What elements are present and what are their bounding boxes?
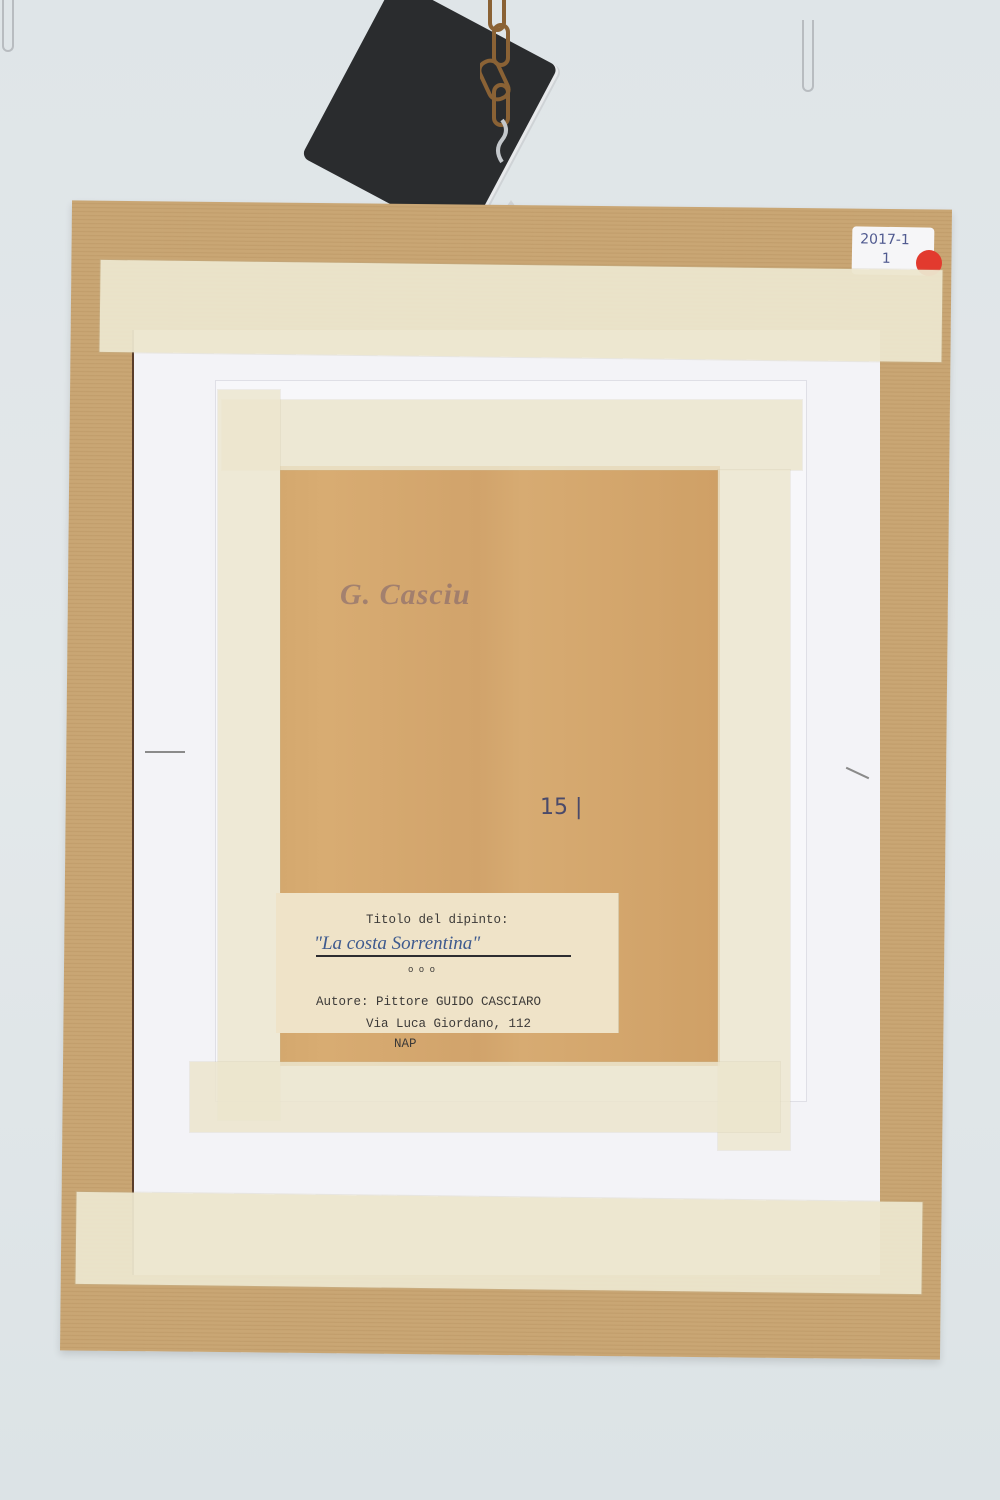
inner-right-tape (718, 470, 790, 1150)
left-nail (145, 751, 185, 753)
title-underline (316, 955, 571, 957)
pencil-number: 15 | (540, 795, 582, 820)
wall-paperclip-hook-left (2, 0, 14, 52)
inner-left-tape (218, 390, 280, 1120)
bottom-masking-tape (75, 1192, 922, 1294)
label-title-heading: Titolo del dipinto: (366, 913, 509, 927)
label-city: NAP (394, 1037, 417, 1051)
inner-top-tape (222, 400, 802, 470)
wall-paperclip-hook-right (802, 20, 814, 92)
top-masking-tape (99, 260, 942, 362)
typed-title-label: Titolo del dipinto: "La costa Sorrentina… (276, 893, 619, 1033)
label-address: Via Luca Giordano, 112 (366, 1017, 531, 1031)
inner-bottom-tape (190, 1062, 780, 1132)
hanging-chain-icon (480, 0, 518, 170)
label-painting-title: "La costa Sorrentina" (314, 933, 480, 955)
label-author: Autore: Pittore GUIDO CASCIARO (316, 995, 541, 1009)
label-separator: o o o (408, 965, 435, 975)
inventory-number: 2017-1 (860, 231, 910, 248)
artist-stamp: G. Casciu (340, 578, 471, 612)
inventory-sub-number: 1 (882, 251, 891, 267)
